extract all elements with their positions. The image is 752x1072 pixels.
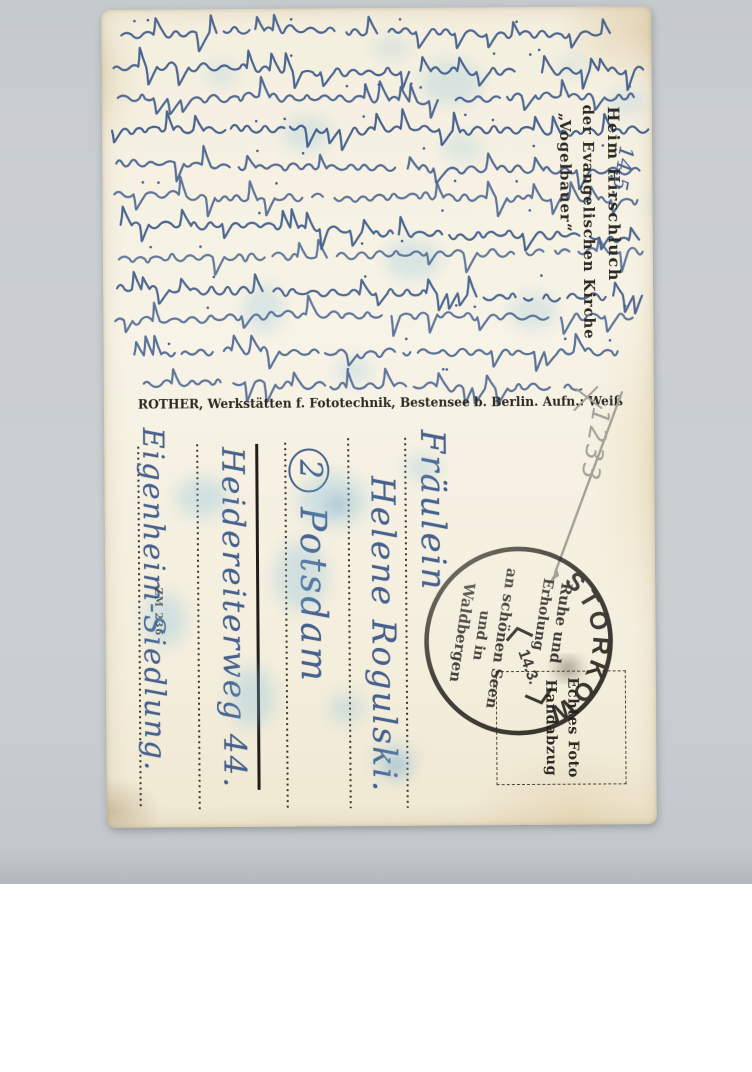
address-line-dotted xyxy=(196,444,201,809)
card-number: ZM 236 xyxy=(152,588,163,637)
address-line-solid xyxy=(255,444,260,790)
address-name: Helene Rogulski. xyxy=(363,476,404,794)
address-city-line: 2Potsdam xyxy=(288,448,334,684)
caption-line-3: „Vogelbauer“ xyxy=(556,113,575,233)
address-line-dotted xyxy=(347,438,352,808)
postcard: Heim Hirschluch der Evangelischen Kirche… xyxy=(101,6,657,828)
address-street: Heidereiterweg 44. xyxy=(214,447,252,789)
postmark-date: 14.3. xyxy=(514,647,542,686)
address-city: Potsdam xyxy=(292,507,334,684)
postal-zone-circle: 2 xyxy=(288,448,329,493)
caption-line-2: der Evangelischen Kirche xyxy=(579,104,599,339)
postmark-stamp: STORKOW Ruhe und Erholung 14.3. an schön… xyxy=(419,541,618,740)
address-line-dotted xyxy=(404,438,409,808)
